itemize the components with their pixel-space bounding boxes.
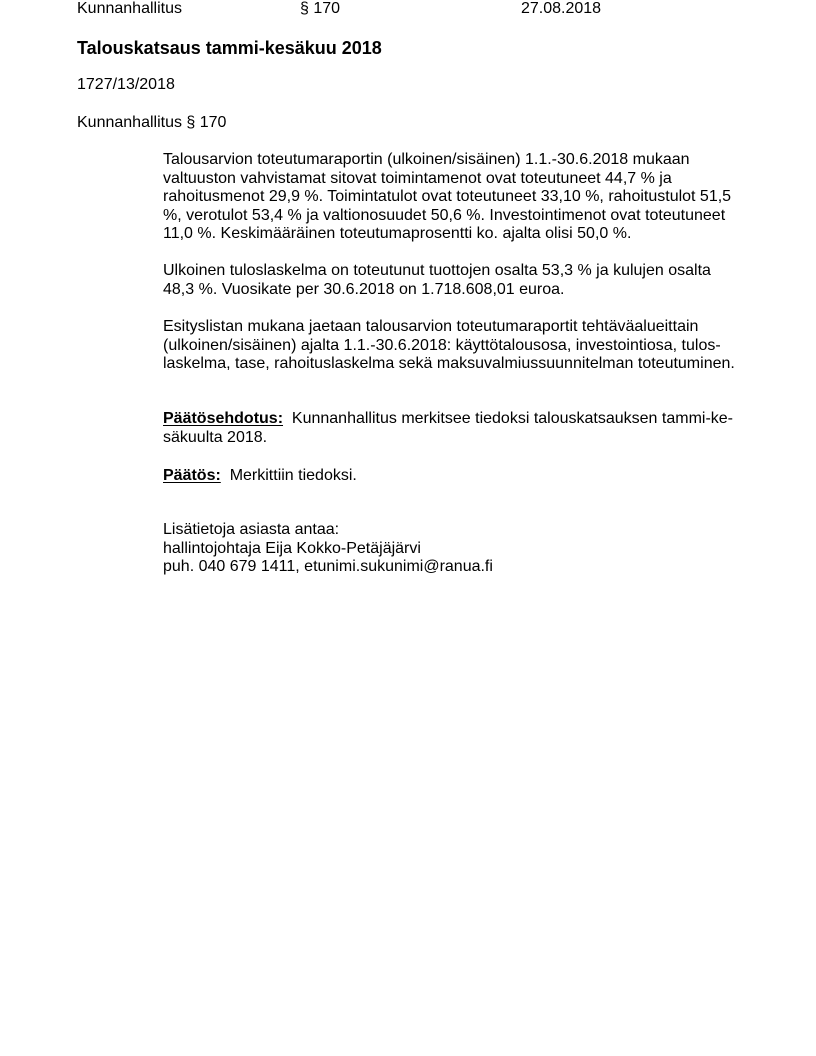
text-line: 11,0 %. Keskimääräinen toteutumaprosentt… — [163, 225, 743, 244]
document-title: Talouskatsaus tammi-kesäkuu 2018 — [77, 38, 382, 58]
proposal-text: Kunnanhallitus merkitsee tiedoksi talous… — [292, 410, 733, 427]
proposal-label: Päätösehdotus: — [163, 410, 283, 427]
decision-section: Päätös: Merkittiin tiedoksi. — [163, 467, 743, 486]
paragraph-attachments: Esityslistan mukana jaetaan talousarvion… — [163, 318, 743, 374]
text-line: (ulkoinen/sisäinen) ajalta 1.1.-30.6.201… — [163, 337, 743, 356]
decision-text: Merkittiin tiedoksi. — [230, 467, 357, 484]
text-line: %, verotulot 53,4 % ja valtionosuudet 50… — [163, 207, 743, 226]
contact-details: puh. 040 679 1411, etunimi.sukunimi@ranu… — [163, 558, 743, 577]
contact-intro: Lisätietoja asiasta antaa: — [163, 521, 743, 540]
header-section: § 170 — [300, 0, 340, 18]
text-line: Esityslistan mukana jaetaan talousarvion… — [163, 318, 743, 337]
header-organ: Kunnanhallitus — [77, 0, 182, 18]
text-line: rahoitusmenot 29,9 %. Toimintatulot ovat… — [163, 188, 743, 207]
text-line: Talousarvion toteutumaraportin (ulkoinen… — [163, 151, 743, 170]
proposal-section: Päätösehdotus: Kunnanhallitus merkitsee … — [163, 410, 743, 447]
contact-section: Lisätietoja asiasta antaa: hallintojohta… — [163, 521, 743, 577]
contact-person: hallintojohtaja Eija Kokko-Petäjäjärvi — [163, 540, 743, 559]
paragraph-income-statement: Ulkoinen tuloslaskelma on toteutunut tuo… — [163, 262, 743, 299]
proposal-text-cont: säkuulta 2018. — [163, 429, 743, 448]
text-line: Ulkoinen tuloslaskelma on toteutunut tuo… — [163, 262, 743, 281]
header-date: 27.08.2018 — [521, 0, 601, 18]
document-number: 1727/13/2018 — [77, 76, 175, 94]
decision-label: Päätös: — [163, 467, 221, 484]
text-line: valtuuston vahvistamat sitovat toimintam… — [163, 170, 743, 189]
text-line: laskelma, tase, rahoituslaskelma sekä ma… — [163, 355, 743, 374]
section-reference: Kunnanhallitus § 170 — [77, 114, 226, 132]
paragraph-budget-realization: Talousarvion toteutumaraportin (ulkoinen… — [163, 151, 743, 244]
text-line: 48,3 %. Vuosikate per 30.6.2018 on 1.718… — [163, 281, 743, 300]
